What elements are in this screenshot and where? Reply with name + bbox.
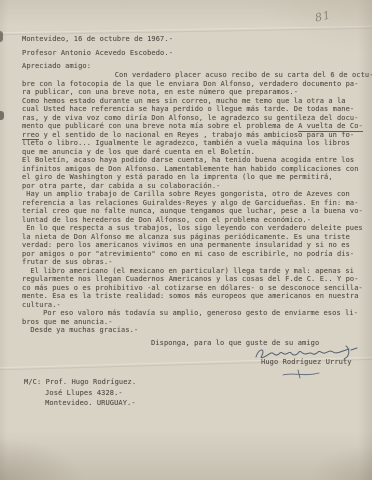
letter-line: el giro de Washington y está parado en l… xyxy=(22,173,372,182)
letter-line: Con verdadero placer acuso recibo de su … xyxy=(22,71,372,80)
signature-flourish xyxy=(281,369,323,380)
letter-line: ras, y de viva voz como diría Don Alfons… xyxy=(22,114,372,123)
letter-line: Hay un amplio trabajo de Carilla sobre R… xyxy=(22,190,372,199)
letter-line: por amigos o por "atrevimiento" como en … xyxy=(22,250,372,259)
letter-line: terial creo que no falte nunca, aunque t… xyxy=(22,207,372,216)
letter-line: frutar de sus obras.- xyxy=(22,258,372,267)
page-number-pencil: 81 xyxy=(314,8,332,24)
letter-line: co más pues o es prohibitivo -al cotizar… xyxy=(22,284,372,293)
address-line: M/C: Prof. Hugo Rodríguez. xyxy=(24,377,136,388)
letter-line: la nieta de Don Alfonso me alcanza sus p… xyxy=(22,233,372,242)
address-line: José Llupes 4328.- xyxy=(24,388,136,399)
letter-line: verdad: pero los americanos vivimos en u… xyxy=(22,241,372,250)
letter-recipient: Profesor Antonio Acevedo Escobedo.- xyxy=(22,47,173,61)
letter-line: cual Usted hace referencia se haya perdi… xyxy=(22,105,372,114)
letter-line: lleto o libro... Igualmente le agradezco… xyxy=(22,139,372,148)
letter-body: Con verdadero placer acuso recibo de su … xyxy=(22,71,372,335)
letter-line: Desde ya muchas gracias.- xyxy=(22,326,372,335)
letter-header: Montevideo, 16 de octubre de 1967.- Prof… xyxy=(22,33,173,74)
letter-line: infinitos amigos de Don Alfonso. Lamenta… xyxy=(22,165,372,174)
letter-line: rreo y el sentido de lo nacional en Reye… xyxy=(22,131,372,140)
letter-line: que me anuncia y de los que daré cuenta … xyxy=(22,148,372,157)
letter-scan: 81 Montevideo, 16 de octubre de 1967.- P… xyxy=(0,0,372,480)
letter-line: Como hemos estado durante un mes sin cor… xyxy=(22,97,372,106)
letter-line: ra publicar, con una breve nota, en este… xyxy=(22,88,372,97)
letter-line: En lo que respecta a sus trabajos, los s… xyxy=(22,224,372,233)
sender-address: M/C: Prof. Hugo Rodríguez.José Llupes 43… xyxy=(24,377,136,409)
letter-line: mente. Esa es la triste realidad: somos … xyxy=(22,292,372,301)
letter-line: referencia a las relaciones Guiraldes-Re… xyxy=(22,199,372,208)
letter-line: El libro americano (el mexicano en parti… xyxy=(22,267,372,276)
letter-line: luntad de los herederos de Don Alfonso, … xyxy=(22,216,372,225)
handwritten-signature xyxy=(252,344,360,361)
letter-line: regularmente nos llegan Cuadernos Americ… xyxy=(22,275,372,284)
letter-line: El Boletín, acaso haya podido darse cuen… xyxy=(22,156,372,165)
letter-line: bros que me anuncia.- xyxy=(22,318,372,327)
letter-line: mento que publicaré con una breve nota m… xyxy=(22,122,372,131)
letter-line: por otra parte, dar cabida a su colabora… xyxy=(22,182,372,191)
letter-line: bre con la fotocopia de la que le enviar… xyxy=(22,80,372,89)
letter-line: Por eso valoro más todavía su amplio, ge… xyxy=(22,309,372,318)
letter-date: Montevideo, 16 de octubre de 1967.- xyxy=(22,33,173,47)
address-line: Montevideo. URUGUAY.- xyxy=(24,398,136,409)
ink-smudge xyxy=(0,111,4,120)
ink-smudge xyxy=(0,31,3,42)
letter-line: cultura.- xyxy=(22,301,372,310)
